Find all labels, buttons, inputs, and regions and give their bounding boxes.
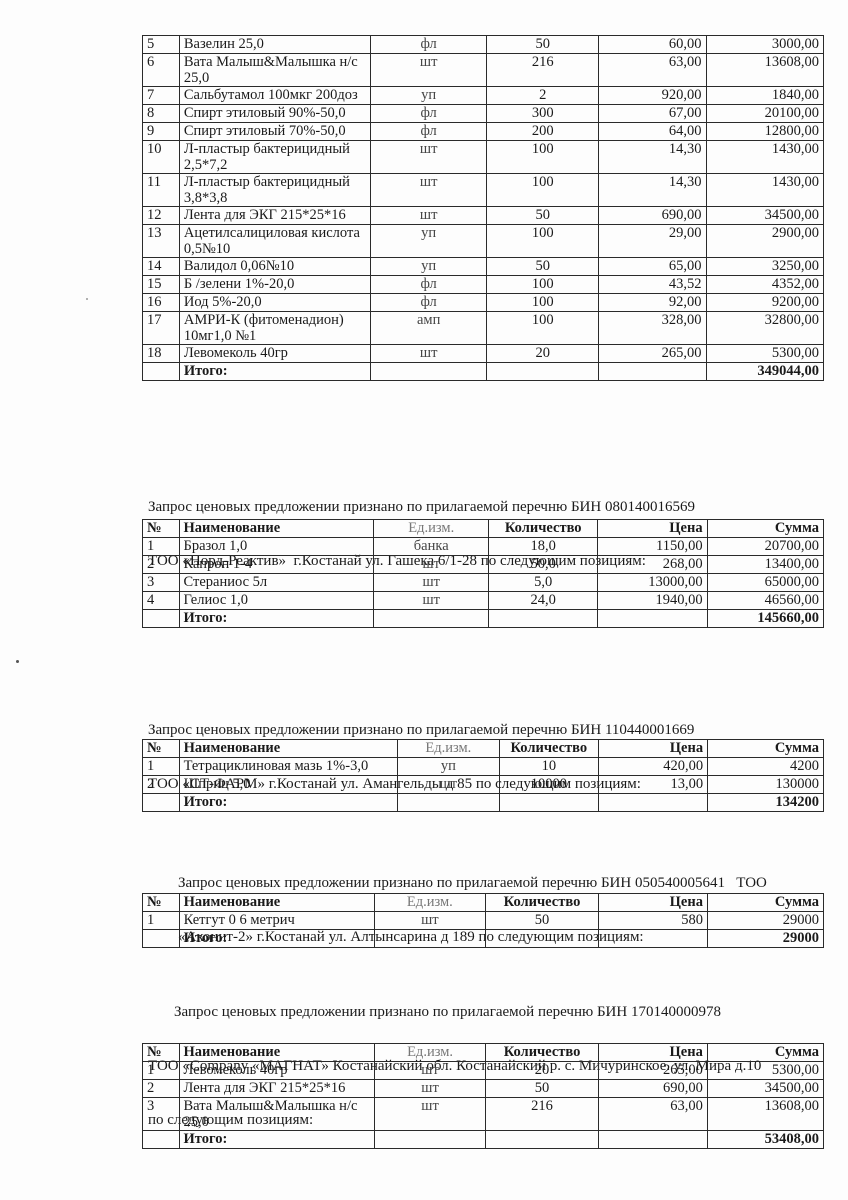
- table-row: 3Стераниос 5лшт5,013000,0065000,00: [143, 574, 824, 592]
- table-row: 8Спирт этиловый 90%-50,0фл30067,0020100,…: [143, 105, 824, 123]
- cell-price: 13000,00: [598, 574, 707, 592]
- cell-sum: 3000,00: [706, 36, 823, 54]
- cell-n: 1: [143, 538, 180, 556]
- cell-unit: уп: [371, 87, 487, 105]
- cell-unit: [374, 610, 489, 628]
- cell-sum: 46560,00: [707, 592, 823, 610]
- cell-price: 920,00: [599, 87, 706, 105]
- total-value: 349044,00: [706, 363, 823, 381]
- column-header-price: Цена: [598, 520, 707, 538]
- cell-qty: 100: [487, 276, 599, 294]
- cell-sum: 5300,00: [706, 345, 823, 363]
- table-row: 2Капрон 1-4шт50,0268,0013400,00: [143, 556, 824, 574]
- cell-unit: шт: [371, 207, 487, 225]
- column-header-price: Цена: [599, 740, 708, 758]
- column-header-qty: Количество: [486, 1044, 599, 1062]
- cell-price: 14,30: [599, 174, 706, 207]
- cell-name: Вазелин 25,0: [179, 36, 370, 54]
- cell-sum: 1430,00: [706, 174, 823, 207]
- column-header-unit: Ед.изм.: [398, 740, 499, 758]
- cell-price: [599, 1131, 708, 1149]
- cell-price: 265,00: [599, 1062, 708, 1080]
- column-header-unit: Ед.изм.: [375, 1044, 486, 1062]
- cell-name: Капрон 1-4: [179, 556, 374, 574]
- total-value: 53408,00: [707, 1131, 823, 1149]
- cell-qty: 216: [486, 1098, 599, 1131]
- column-header-price: Цена: [599, 1044, 708, 1062]
- cell-unit: фл: [371, 123, 487, 141]
- cell-unit: [374, 930, 485, 948]
- total-label: Итого:: [179, 794, 398, 812]
- total-row: Итого:29000: [143, 930, 824, 948]
- cell-qty: 2: [487, 87, 599, 105]
- cell-price: 13,00: [599, 776, 708, 794]
- cell-n: 8: [143, 105, 180, 123]
- cell-qty: 100: [487, 174, 599, 207]
- intro-line-1: Запрос ценовых предложении признано по п…: [178, 874, 767, 892]
- items-table-continued: 5Вазелин 25,0фл5060,003000,006Вата Малыш…: [142, 35, 824, 381]
- cell-name: Кетгут 0 6 метрич: [179, 912, 374, 930]
- table-row: 14Валидол 0,06№10уп5065,003250,00: [143, 258, 824, 276]
- cell-sum: 20100,00: [706, 105, 823, 123]
- cell-unit: банка: [374, 538, 489, 556]
- cell-n: 7: [143, 87, 180, 105]
- cell-name: Л-пластыр бактерицидный 3,8*3,8: [179, 174, 370, 207]
- cell-sum: 9200,00: [706, 294, 823, 312]
- cell-name: Лента для ЭКГ 215*25*16: [179, 207, 370, 225]
- cell-unit: шт: [375, 1080, 486, 1098]
- cell-unit: шт: [374, 912, 485, 930]
- cell-qty: 100: [487, 225, 599, 258]
- scan-speck: [86, 298, 88, 300]
- cell-sum: 13608,00: [706, 54, 823, 87]
- cell-sum: 130000: [708, 776, 824, 794]
- cell-qty: [487, 363, 599, 381]
- cell-unit: фл: [371, 105, 487, 123]
- cell-n: 9: [143, 123, 180, 141]
- table-row: 3Вата Малыш&Малышка н/с 25,0шт21663,0013…: [143, 1098, 824, 1131]
- table-row: 2Шприц 5,0шт1000013,00130000: [143, 776, 824, 794]
- cell-price: [599, 794, 708, 812]
- cell-price: 690,00: [599, 207, 706, 225]
- cell-unit: фл: [371, 276, 487, 294]
- column-header-name: Наименование: [179, 520, 374, 538]
- cell-price: 268,00: [598, 556, 707, 574]
- cell-price: 14,30: [599, 141, 706, 174]
- column-header-name: Наименование: [179, 1044, 375, 1062]
- table-header-row: №НаименованиеЕд.изм.КоличествоЦенаСумма: [143, 520, 824, 538]
- cell-n: 14: [143, 258, 180, 276]
- column-header-n: №: [143, 520, 180, 538]
- table-row: 7Сальбутамол 100мкг 200дозуп2920,001840,…: [143, 87, 824, 105]
- column-header-n: №: [143, 1044, 180, 1062]
- cell-qty: 200: [487, 123, 599, 141]
- document-page: 5Вазелин 25,0фл5060,003000,006Вата Малыш…: [0, 0, 848, 1200]
- cell-n: 17: [143, 312, 180, 345]
- cell-name: Вата Малыш&Малышка н/с 25,0: [179, 1098, 375, 1131]
- cell-qty: 18,0: [489, 538, 598, 556]
- cell-sum: 5300,00: [707, 1062, 823, 1080]
- table-row: 1Левомеколь 40гршт20265,005300,00: [143, 1062, 824, 1080]
- cell-name: Валидол 0,06№10: [179, 258, 370, 276]
- cell-price: 328,00: [599, 312, 706, 345]
- cell-qty: 50: [487, 36, 599, 54]
- st-farm-table: №НаименованиеЕд.изм.КоличествоЦенаСумма1…: [142, 739, 824, 812]
- cell-n: 2: [143, 776, 180, 794]
- table-row: 18Левомеколь 40гршт20265,005300,00: [143, 345, 824, 363]
- total-label: Итого:: [179, 1131, 375, 1149]
- table-row: 15Б /зелени 1%-20,0фл10043,524352,00: [143, 276, 824, 294]
- total-label: Итого:: [179, 610, 374, 628]
- cell-name: Л-пластыр бактерицидный 2,5*7,2: [179, 141, 370, 174]
- cell-sum: 34500,00: [706, 207, 823, 225]
- cell-name: Левомеколь 40гр: [179, 345, 370, 363]
- cell-sum: 2900,00: [706, 225, 823, 258]
- cell-n: [143, 930, 180, 948]
- cell-n: 15: [143, 276, 180, 294]
- cell-qty: 100: [487, 312, 599, 345]
- cell-qty: 300: [487, 105, 599, 123]
- column-header-sum: Сумма: [707, 1044, 823, 1062]
- cell-qty: [486, 1131, 599, 1149]
- cell-qty: 10000: [499, 776, 599, 794]
- table-row: 6Вата Малыш&Малышка н/с 25,0шт21663,0013…: [143, 54, 824, 87]
- cell-qty: 20: [486, 1062, 599, 1080]
- cell-price: 67,00: [599, 105, 706, 123]
- cell-name: Гелиос 1,0: [179, 592, 374, 610]
- cell-price: 580: [599, 912, 708, 930]
- cell-sum: 4352,00: [706, 276, 823, 294]
- cell-name: Бразол 1,0: [179, 538, 374, 556]
- cell-n: 1: [143, 912, 180, 930]
- table-header-row: №НаименованиеЕд.изм.КоличествоЦенаСумма: [143, 894, 824, 912]
- cell-qty: 216: [487, 54, 599, 87]
- cell-qty: 50: [485, 912, 598, 930]
- cell-n: [143, 363, 180, 381]
- cell-n: 16: [143, 294, 180, 312]
- cell-price: 690,00: [599, 1080, 708, 1098]
- cell-name: Левомеколь 40гр: [179, 1062, 375, 1080]
- cell-unit: шт: [371, 174, 487, 207]
- cell-unit: шт: [371, 345, 487, 363]
- cell-qty: [485, 930, 598, 948]
- cell-qty: 24,0: [489, 592, 598, 610]
- cell-sum: 20700,00: [707, 538, 823, 556]
- cell-price: [599, 930, 708, 948]
- cell-unit: шт: [374, 574, 489, 592]
- cell-price: 63,00: [599, 54, 706, 87]
- cell-qty: 100: [487, 141, 599, 174]
- cell-qty: 50: [487, 207, 599, 225]
- cell-price: [598, 610, 707, 628]
- column-header-qty: Количество: [499, 740, 599, 758]
- total-value: 29000: [707, 930, 823, 948]
- column-header-unit: Ед.изм.: [374, 894, 485, 912]
- cell-n: 3: [143, 574, 180, 592]
- cell-price: 1150,00: [598, 538, 707, 556]
- cell-unit: [375, 1131, 486, 1149]
- cell-unit: [371, 363, 487, 381]
- cell-unit: шт: [371, 141, 487, 174]
- cell-n: [143, 610, 180, 628]
- table-row: 13Ацетилсалициловая кислота 0,5№10уп1002…: [143, 225, 824, 258]
- cell-n: 2: [143, 556, 180, 574]
- nord-reaktiv-table: №НаименованиеЕд.изм.КоличествоЦенаСумма1…: [142, 519, 824, 628]
- cell-name: Тетрациклиновая мазь 1%-3,0: [179, 758, 398, 776]
- cell-qty: [489, 610, 598, 628]
- cell-n: 1: [143, 1062, 180, 1080]
- cell-price: 1940,00: [598, 592, 707, 610]
- table-row: 16Иод 5%-20,0фл10092,009200,00: [143, 294, 824, 312]
- cell-sum: 13608,00: [707, 1098, 823, 1131]
- cell-n: 5: [143, 36, 180, 54]
- cell-unit: фл: [371, 294, 487, 312]
- cell-unit: уп: [371, 225, 487, 258]
- total-label: Итого:: [179, 363, 370, 381]
- total-row: Итого:53408,00: [143, 1131, 824, 1149]
- cell-name: Лента для ЭКГ 215*25*16: [179, 1080, 375, 1098]
- cell-price: 265,00: [599, 345, 706, 363]
- table-header-row: №НаименованиеЕд.изм.КоличествоЦенаСумма: [143, 1044, 824, 1062]
- cell-n: [143, 1131, 180, 1149]
- cell-sum: 4200: [708, 758, 824, 776]
- table-row: 2Лента для ЭКГ 215*25*16шт50690,0034500,…: [143, 1080, 824, 1098]
- column-header-name: Наименование: [179, 894, 374, 912]
- cell-unit: [398, 794, 499, 812]
- cell-n: 11: [143, 174, 180, 207]
- cell-price: 29,00: [599, 225, 706, 258]
- column-header-name: Наименование: [179, 740, 398, 758]
- cell-price: 60,00: [599, 36, 706, 54]
- cell-qty: 5,0: [489, 574, 598, 592]
- cell-name: Спирт этиловый 90%-50,0: [179, 105, 370, 123]
- cell-sum: 65000,00: [707, 574, 823, 592]
- cell-n: 4: [143, 592, 180, 610]
- cell-n: 10: [143, 141, 180, 174]
- cell-price: 420,00: [599, 758, 708, 776]
- intro-line-1: Запрос ценовых предложении признано по п…: [148, 498, 695, 516]
- cell-qty: 20: [487, 345, 599, 363]
- table-row: 10Л-пластыр бактерицидный 2,5*7,2шт10014…: [143, 141, 824, 174]
- cell-qty: 50,0: [489, 556, 598, 574]
- cell-sum: 34500,00: [707, 1080, 823, 1098]
- cell-name: Спирт этиловый 70%-50,0: [179, 123, 370, 141]
- cell-qty: 50: [486, 1080, 599, 1098]
- cell-name: Ацетилсалициловая кислота 0,5№10: [179, 225, 370, 258]
- total-row: Итого:134200: [143, 794, 824, 812]
- table-row: 12Лента для ЭКГ 215*25*16шт50690,0034500…: [143, 207, 824, 225]
- cell-n: 3: [143, 1098, 180, 1131]
- column-header-qty: Количество: [489, 520, 598, 538]
- cell-n: 13: [143, 225, 180, 258]
- cell-sum: 1840,00: [706, 87, 823, 105]
- cell-unit: шт: [374, 556, 489, 574]
- cell-qty: 50: [487, 258, 599, 276]
- cell-qty: 10: [499, 758, 599, 776]
- cell-unit: шт: [371, 54, 487, 87]
- cell-sum: 3250,00: [706, 258, 823, 276]
- cell-n: 1: [143, 758, 180, 776]
- table-row: 11Л-пластыр бактерицидный 3,8*3,8шт10014…: [143, 174, 824, 207]
- cell-name: Б /зелени 1%-20,0: [179, 276, 370, 294]
- total-value: 134200: [708, 794, 824, 812]
- table-row: 9Спирт этиловый 70%-50,0фл20064,0012800,…: [143, 123, 824, 141]
- cell-unit: шт: [375, 1098, 486, 1131]
- cell-name: Иод 5%-20,0: [179, 294, 370, 312]
- cell-unit: шт: [398, 776, 499, 794]
- total-value: 145660,00: [707, 610, 823, 628]
- cell-name: Шприц 5,0: [179, 776, 398, 794]
- column-header-n: №: [143, 740, 180, 758]
- cell-unit: амп: [371, 312, 487, 345]
- cell-name: АМРИ-К (фитоменадион) 10мг1,0 №1: [179, 312, 370, 345]
- cell-n: 18: [143, 345, 180, 363]
- akonit-table: №НаименованиеЕд.изм.КоличествоЦенаСумма1…: [142, 893, 824, 948]
- table-row: 1Бразол 1,0банка18,01150,0020700,00: [143, 538, 824, 556]
- cell-price: 65,00: [599, 258, 706, 276]
- column-header-qty: Количество: [485, 894, 598, 912]
- cell-unit: шт: [375, 1062, 486, 1080]
- cell-price: 43,52: [599, 276, 706, 294]
- column-header-unit: Ед.изм.: [374, 520, 489, 538]
- scan-speck: [16, 660, 19, 663]
- cell-sum: 32800,00: [706, 312, 823, 345]
- table-header-row: №НаименованиеЕд.изм.КоличествоЦенаСумма: [143, 740, 824, 758]
- intro-line-1: Запрос ценовых предложении признано по п…: [148, 1003, 761, 1021]
- cell-name: Вата Малыш&Малышка н/с 25,0: [179, 54, 370, 87]
- cell-n: 12: [143, 207, 180, 225]
- cell-price: [599, 363, 706, 381]
- cell-qty: [499, 794, 599, 812]
- cell-price: 63,00: [599, 1098, 708, 1131]
- table-row: 4Гелиос 1,0шт24,01940,0046560,00: [143, 592, 824, 610]
- table-row: 1Тетрациклиновая мазь 1%-3,0уп10420,0042…: [143, 758, 824, 776]
- cell-unit: фл: [371, 36, 487, 54]
- cell-unit: шт: [374, 592, 489, 610]
- column-header-sum: Сумма: [707, 894, 823, 912]
- cell-n: [143, 794, 180, 812]
- cell-n: 6: [143, 54, 180, 87]
- intro-line-1: Запрос ценовых предложении признано по п…: [148, 721, 694, 739]
- total-row: Итого:145660,00: [143, 610, 824, 628]
- column-header-price: Цена: [599, 894, 708, 912]
- cell-qty: 100: [487, 294, 599, 312]
- column-header-n: №: [143, 894, 180, 912]
- cell-name: Сальбутамол 100мкг 200доз: [179, 87, 370, 105]
- table-row: 17АМРИ-К (фитоменадион) 10мг1,0 №1амп100…: [143, 312, 824, 345]
- cell-sum: 29000: [707, 912, 823, 930]
- magnat-table: №НаименованиеЕд.изм.КоличествоЦенаСумма1…: [142, 1043, 824, 1149]
- cell-name: Стераниос 5л: [179, 574, 374, 592]
- cell-unit: уп: [371, 258, 487, 276]
- cell-sum: 1430,00: [706, 141, 823, 174]
- column-header-sum: Сумма: [707, 520, 823, 538]
- table-row: 5Вазелин 25,0фл5060,003000,00: [143, 36, 824, 54]
- cell-price: 92,00: [599, 294, 706, 312]
- cell-sum: 13400,00: [707, 556, 823, 574]
- column-header-sum: Сумма: [708, 740, 824, 758]
- total-row: Итого:349044,00: [143, 363, 824, 381]
- total-label: Итого:: [179, 930, 374, 948]
- cell-n: 2: [143, 1080, 180, 1098]
- cell-price: 64,00: [599, 123, 706, 141]
- cell-unit: уп: [398, 758, 499, 776]
- cell-sum: 12800,00: [706, 123, 823, 141]
- table-row: 1Кетгут 0 6 метричшт5058029000: [143, 912, 824, 930]
